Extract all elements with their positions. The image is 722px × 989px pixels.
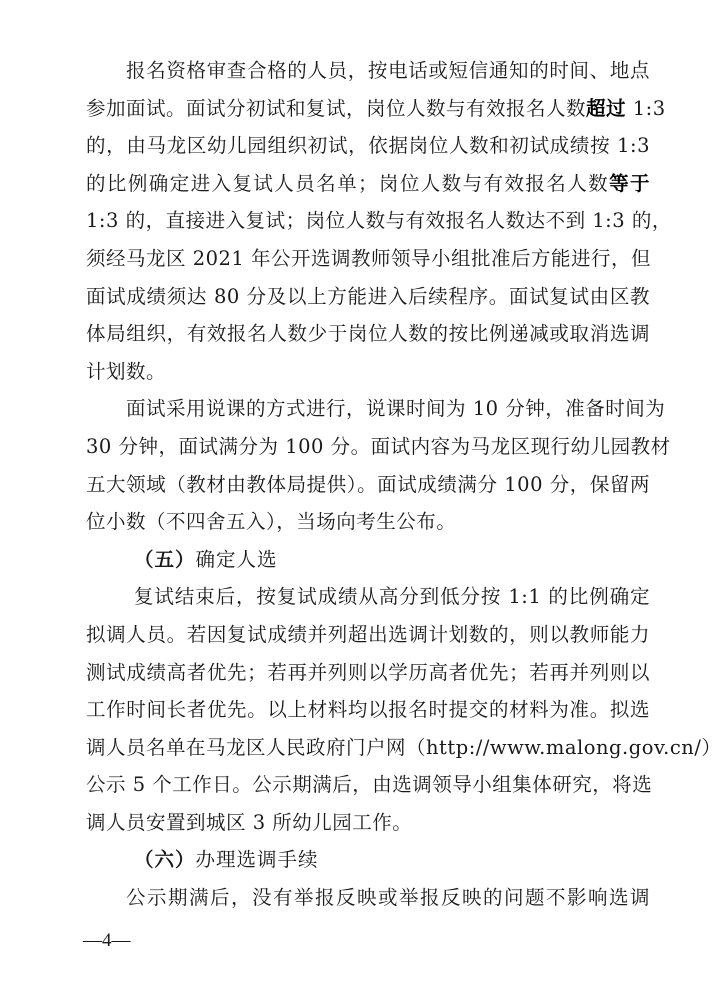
- text-line: 拟调人员。若因复试成绩并列超出选调计划数的，则以教师能力: [86, 616, 650, 654]
- text-line: 调人员安置到城区 3 所幼儿园工作。: [86, 804, 650, 842]
- text-line: 公示 5 个工作日。公示期满后，由选调领导小组集体研究，将选: [86, 766, 650, 804]
- text-line: 报名资格审查合格的人员，按电话或短信通知的时间、地点: [86, 52, 650, 90]
- text-line: 面试采用说课的方式进行，说课时间为 10 分钟，准备时间为: [86, 390, 650, 428]
- text-line: 参加面试。面试分初试和复试，岗位人数与有效报名人数超过 1:3: [86, 90, 650, 128]
- text-line: 的比例确定进入复试人员名单；岗位人数与有效报名人数等于: [86, 165, 650, 203]
- paragraph-interview-rules: 报名资格审查合格的人员，按电话或短信通知的时间、地点 参加面试。面试分初试和复试…: [86, 52, 650, 390]
- section-heading-determine-candidates: （五）确定人选: [86, 541, 650, 579]
- text-line: 的，由马龙区幼儿园组织初试，依据岗位人数和初试成绩按 1:3: [86, 127, 650, 165]
- text-run: 的比例确定进入复试人员名单；岗位人数与有效报名人数: [86, 172, 609, 195]
- section-number: （五）: [134, 548, 196, 571]
- text-line: 30 分钟，面试满分为 100 分。面试内容为马龙区现行幼儿园教材: [86, 428, 650, 466]
- text-line: 须经马龙区 2021 年公开选调教师领导小组批准后方能进行，但: [86, 240, 650, 278]
- paragraph-transfer-procedures: 公示期满后，没有举报反映或举报反映的问题不影响选调: [86, 879, 650, 917]
- section-title: 确定人选: [196, 548, 278, 571]
- page-number: —4—: [83, 930, 131, 952]
- text-line: 计划数。: [86, 353, 650, 391]
- paragraph-selection-rules: 复试结束后，按复试成绩从高分到低分按 1:1 的比例确定 拟调人员。若因复试成绩…: [86, 578, 650, 841]
- bold-emphasis-equals: 等于: [609, 172, 650, 195]
- text-line: 位小数（不四舍五入），当场向考生公布。: [86, 503, 650, 541]
- section-title: 办理选调手续: [196, 848, 319, 871]
- text-run: 1:3: [626, 97, 666, 120]
- section-heading-transfer-procedures: （六）办理选调手续: [86, 841, 650, 879]
- section-number: （六）: [134, 848, 196, 871]
- bold-emphasis-exceeds: 超过: [586, 97, 626, 120]
- text-line: 五大领域（教材由教体局提供）。面试成绩满分 100 分，保留两: [86, 466, 650, 504]
- text-run: 参加面试。面试分初试和复试，岗位人数与有效报名人数: [86, 97, 586, 120]
- text-line: 1:3 的，直接进入复试；岗位人数与有效报名人数达不到 1:3 的，: [86, 202, 650, 240]
- text-line: 调人员名单在马龙区人民政府门户网（http://www.malong.gov.c…: [86, 729, 650, 767]
- text-line: 体局组织，有效报名人数少于岗位人数的按比例递减或取消选调: [86, 315, 650, 353]
- text-line: 面试成绩须达 80 分及以上方能进入后续程序。面试复试由区教: [86, 278, 650, 316]
- text-line: 工作时间长者优先。以上材料均以报名时提交的材料为准。拟选: [86, 691, 650, 729]
- text-line: 复试结束后，按复试成绩从高分到低分按 1:1 的比例确定: [86, 578, 650, 616]
- text-line: 测试成绩高者优先；若再并列则以学历高者优先；若再并列则以: [86, 654, 650, 692]
- paragraph-interview-format: 面试采用说课的方式进行，说课时间为 10 分钟，准备时间为 30 分钟，面试满分…: [86, 390, 650, 540]
- document-page: 报名资格审查合格的人员，按电话或短信通知的时间、地点 参加面试。面试分初试和复试…: [86, 52, 650, 917]
- text-line: 公示期满后，没有举报反映或举报反映的问题不影响选调: [86, 879, 650, 917]
